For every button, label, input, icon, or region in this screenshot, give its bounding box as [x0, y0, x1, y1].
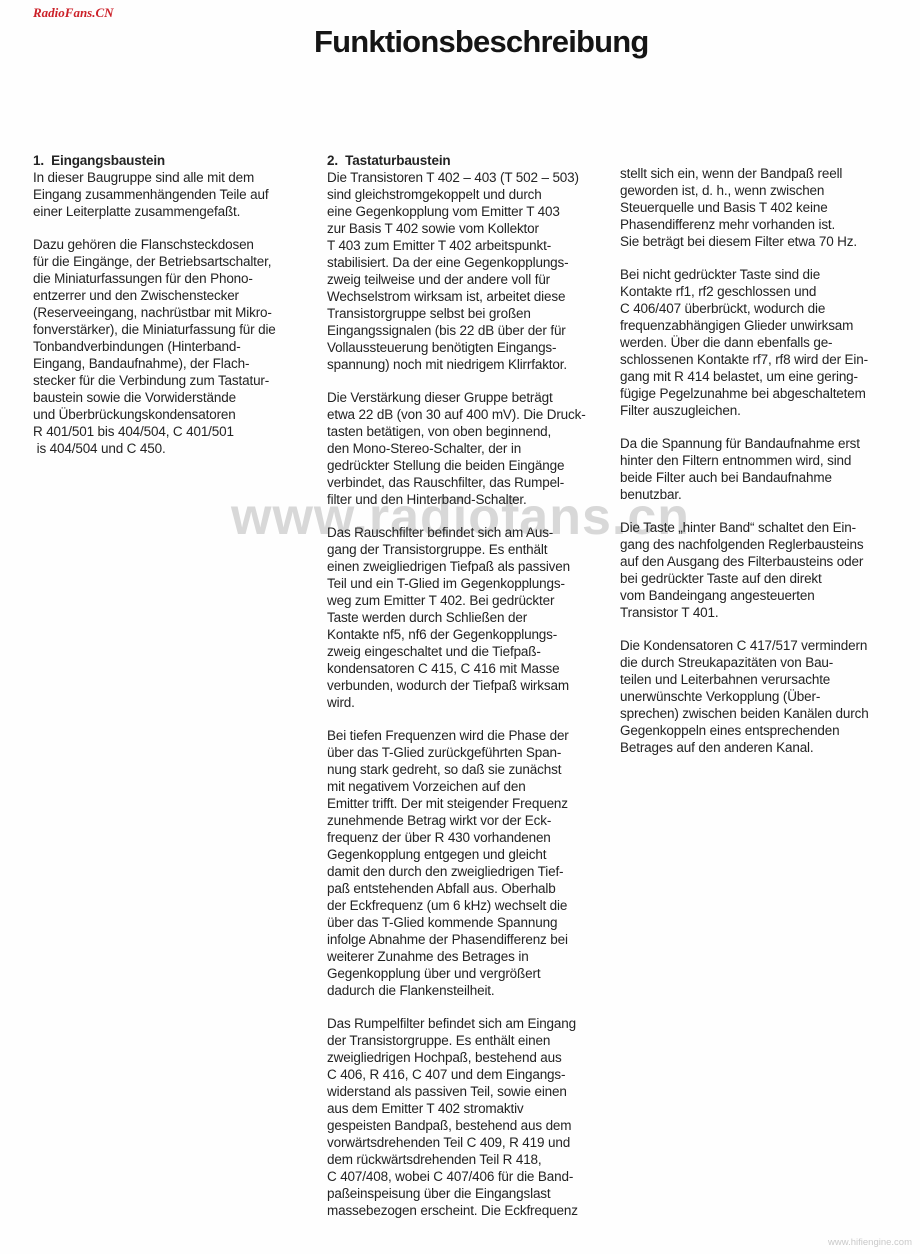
paragraph: Die Taste „hinter Band“ schaltet den Ein…: [620, 519, 920, 621]
column-continuation: stellt sich ein, wenn der Bandpaß reell …: [620, 165, 920, 772]
paragraph: Das Rauschfilter befindet sich am Aus- g…: [327, 524, 623, 711]
section-heading-2: 2. Tastaturbaustein: [327, 152, 623, 169]
paragraph: Da die Spannung für Bandaufnahme erst hi…: [620, 435, 920, 503]
paragraph: Das Rumpelfilter befindet sich am Eingan…: [327, 1015, 623, 1219]
document-page: RadioFans.CN Funktionsbeschreibung www.r…: [0, 0, 920, 1254]
paragraph: Bei nicht gedrückter Taste sind die Kont…: [620, 266, 920, 419]
paragraph: Die Transistoren T 402 – 403 (T 502 – 50…: [327, 169, 623, 373]
section-heading-1: 1. Eingangsbaustein: [33, 152, 325, 169]
hifiengine-credit-text: www.hifiengine.com: [828, 1237, 912, 1248]
page-title: Funktionsbeschreibung: [314, 24, 649, 60]
paragraph: stellt sich ein, wenn der Bandpaß reell …: [620, 165, 920, 250]
column-tastaturbaustein: 2. Tastaturbaustein Die Transistoren T 4…: [327, 152, 623, 1235]
paragraph: Die Verstärkung dieser Gruppe beträgt et…: [327, 389, 623, 508]
radiofans-brand-text: RadioFans.CN: [33, 5, 114, 21]
paragraph: Die Kondensatoren C 417/517 vermindern d…: [620, 637, 920, 756]
paragraph: Bei tiefen Frequenzen wird die Phase der…: [327, 727, 623, 999]
paragraph: In dieser Baugruppe sind alle mit dem Ei…: [33, 169, 325, 220]
column-eingangsbaustein: 1. Eingangsbaustein In dieser Baugruppe …: [33, 152, 325, 473]
paragraph: Dazu gehören die Flanschsteckdosen für d…: [33, 236, 325, 457]
